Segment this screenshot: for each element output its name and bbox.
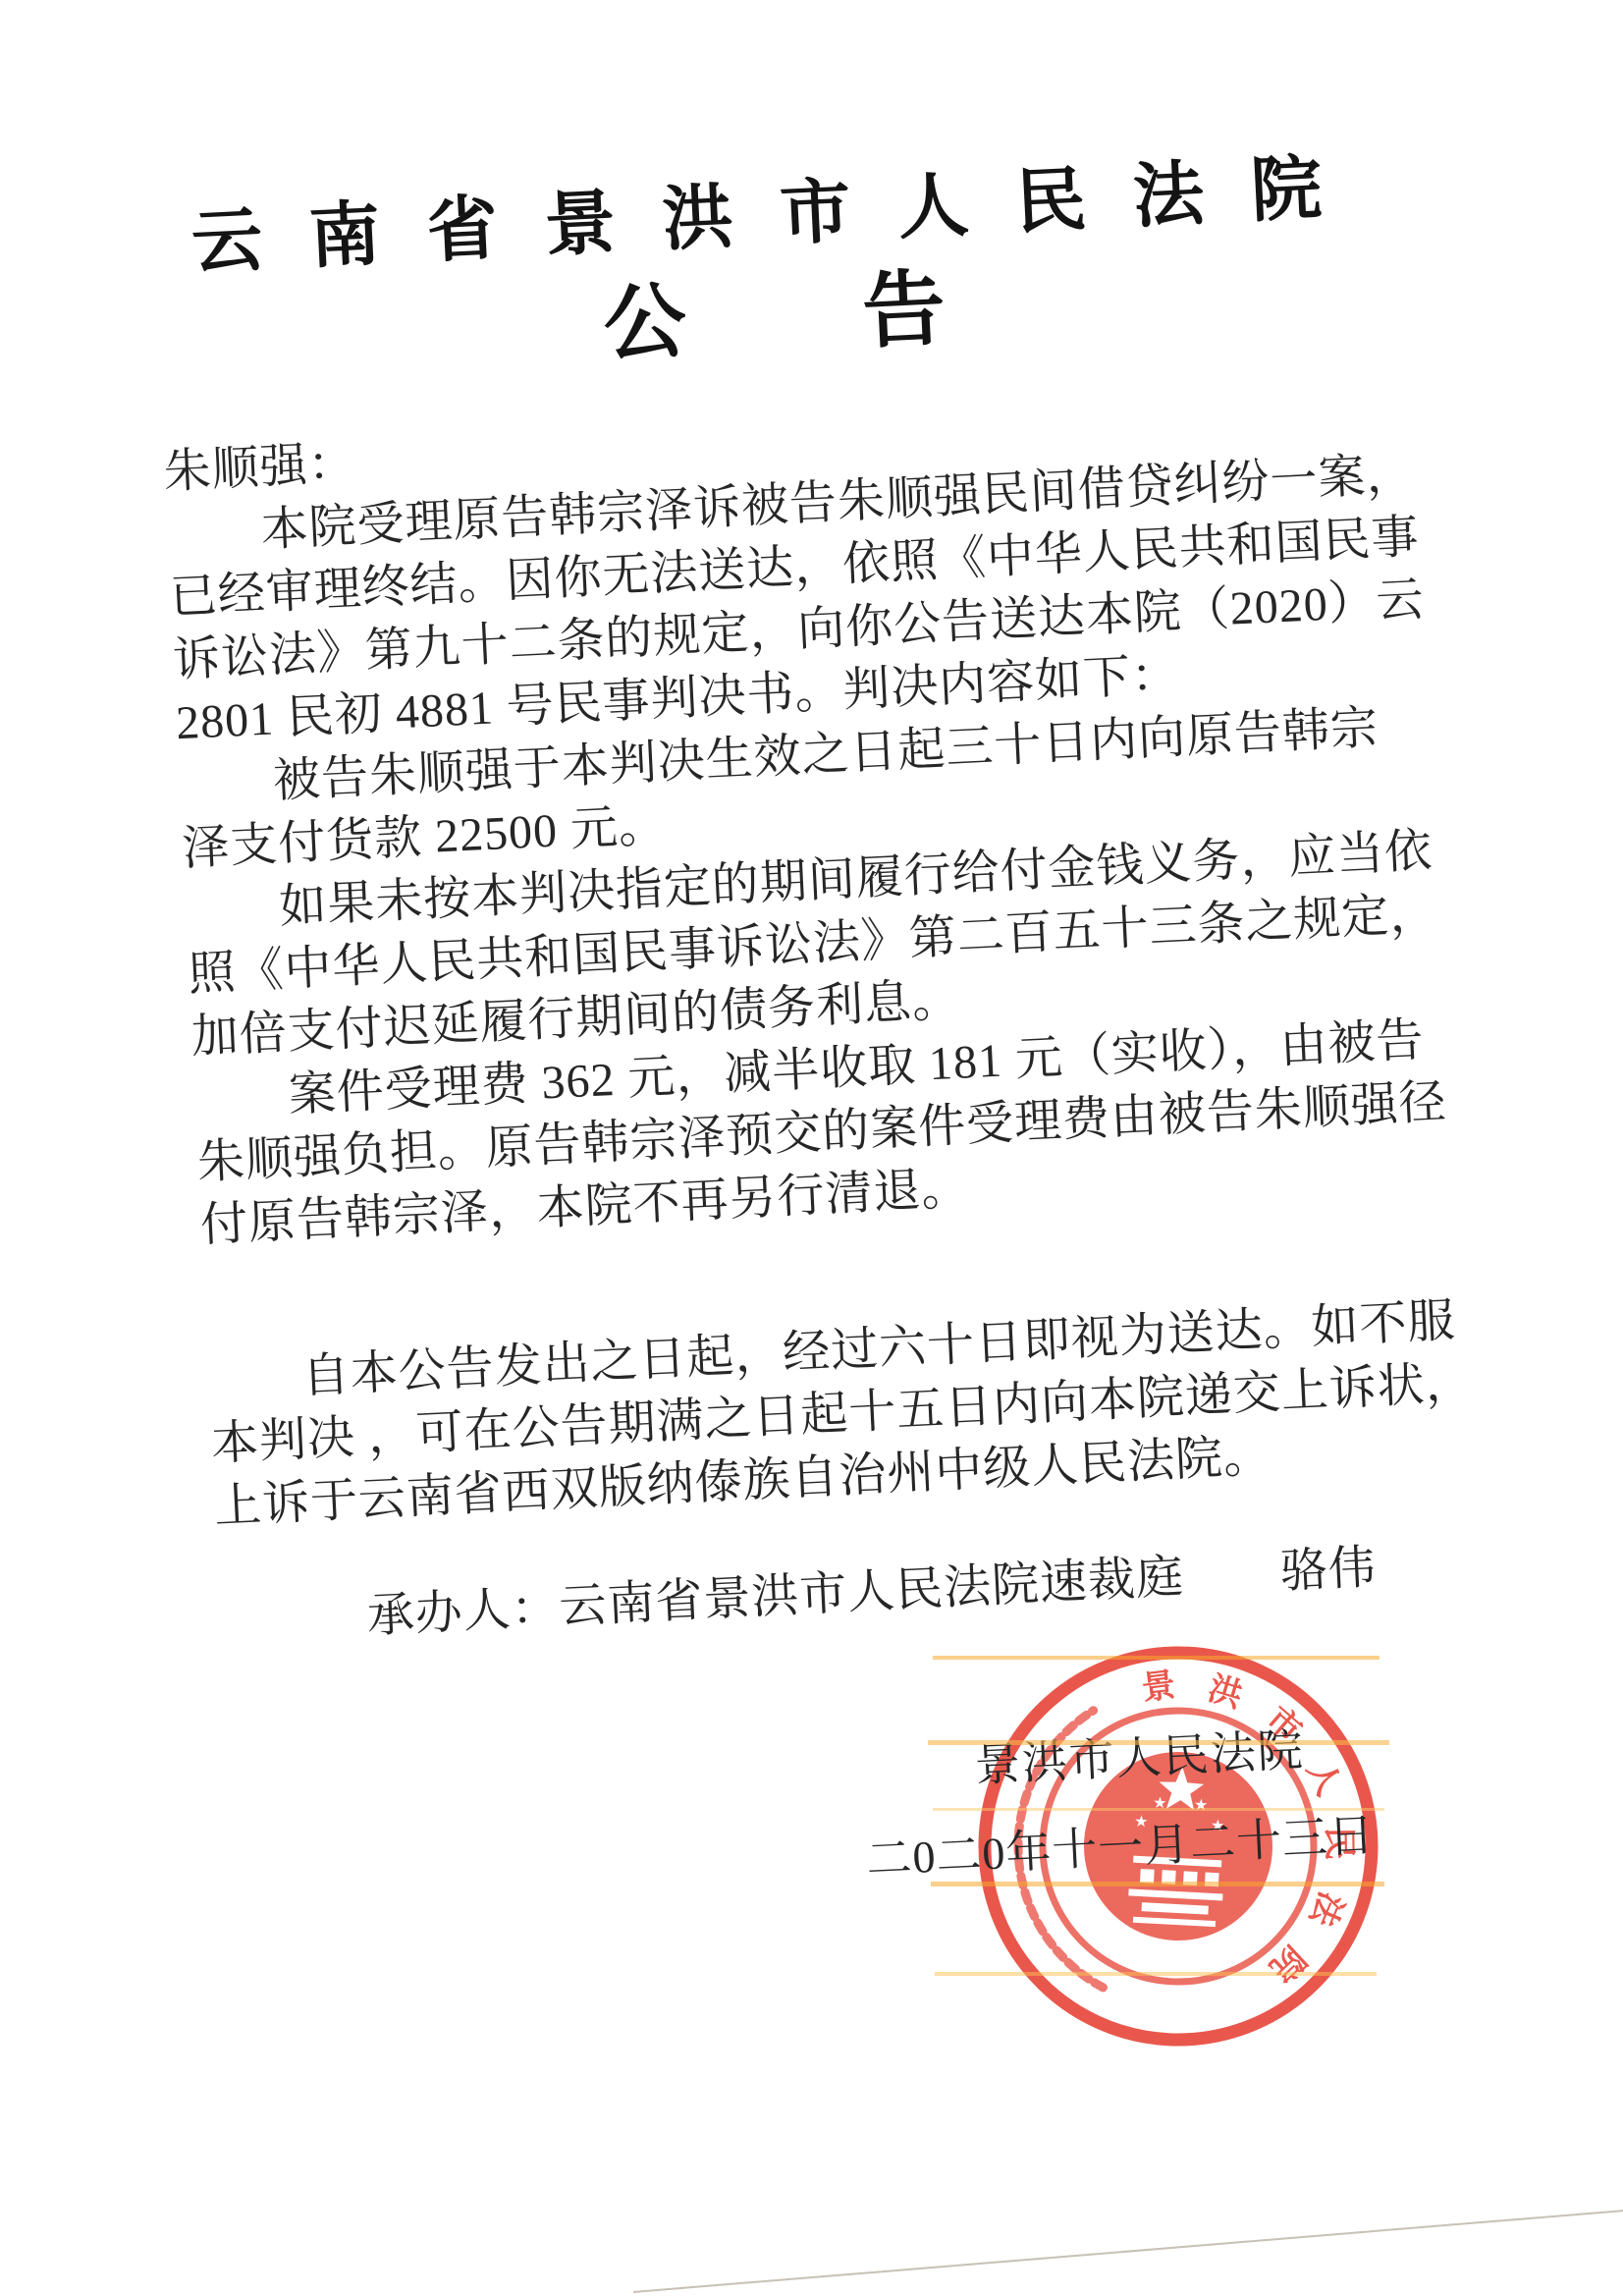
signature-court-name: 景洪市人民法院 [973, 1701, 1623, 1801]
undertaker-line: 承办人：云南省景洪市人民法院速裁庭 骆伟 [218, 1525, 1613, 1656]
document-text-layer: 云南省景洪市人民法院 公告 朱顺强： 本院受理原告韩宗泽诉被告朱顺强民间借贷纠纷… [147, 70, 1623, 1926]
scanned-court-notice-page: 云南省景洪市人民法院 公告 朱顺强： 本院受理原告韩宗泽诉被告朱顺强民间借贷纠纷… [0, 0, 1623, 2296]
seal-ring-char: 法 [1302, 1886, 1350, 1933]
paper-edge-line [633, 2209, 1623, 2293]
